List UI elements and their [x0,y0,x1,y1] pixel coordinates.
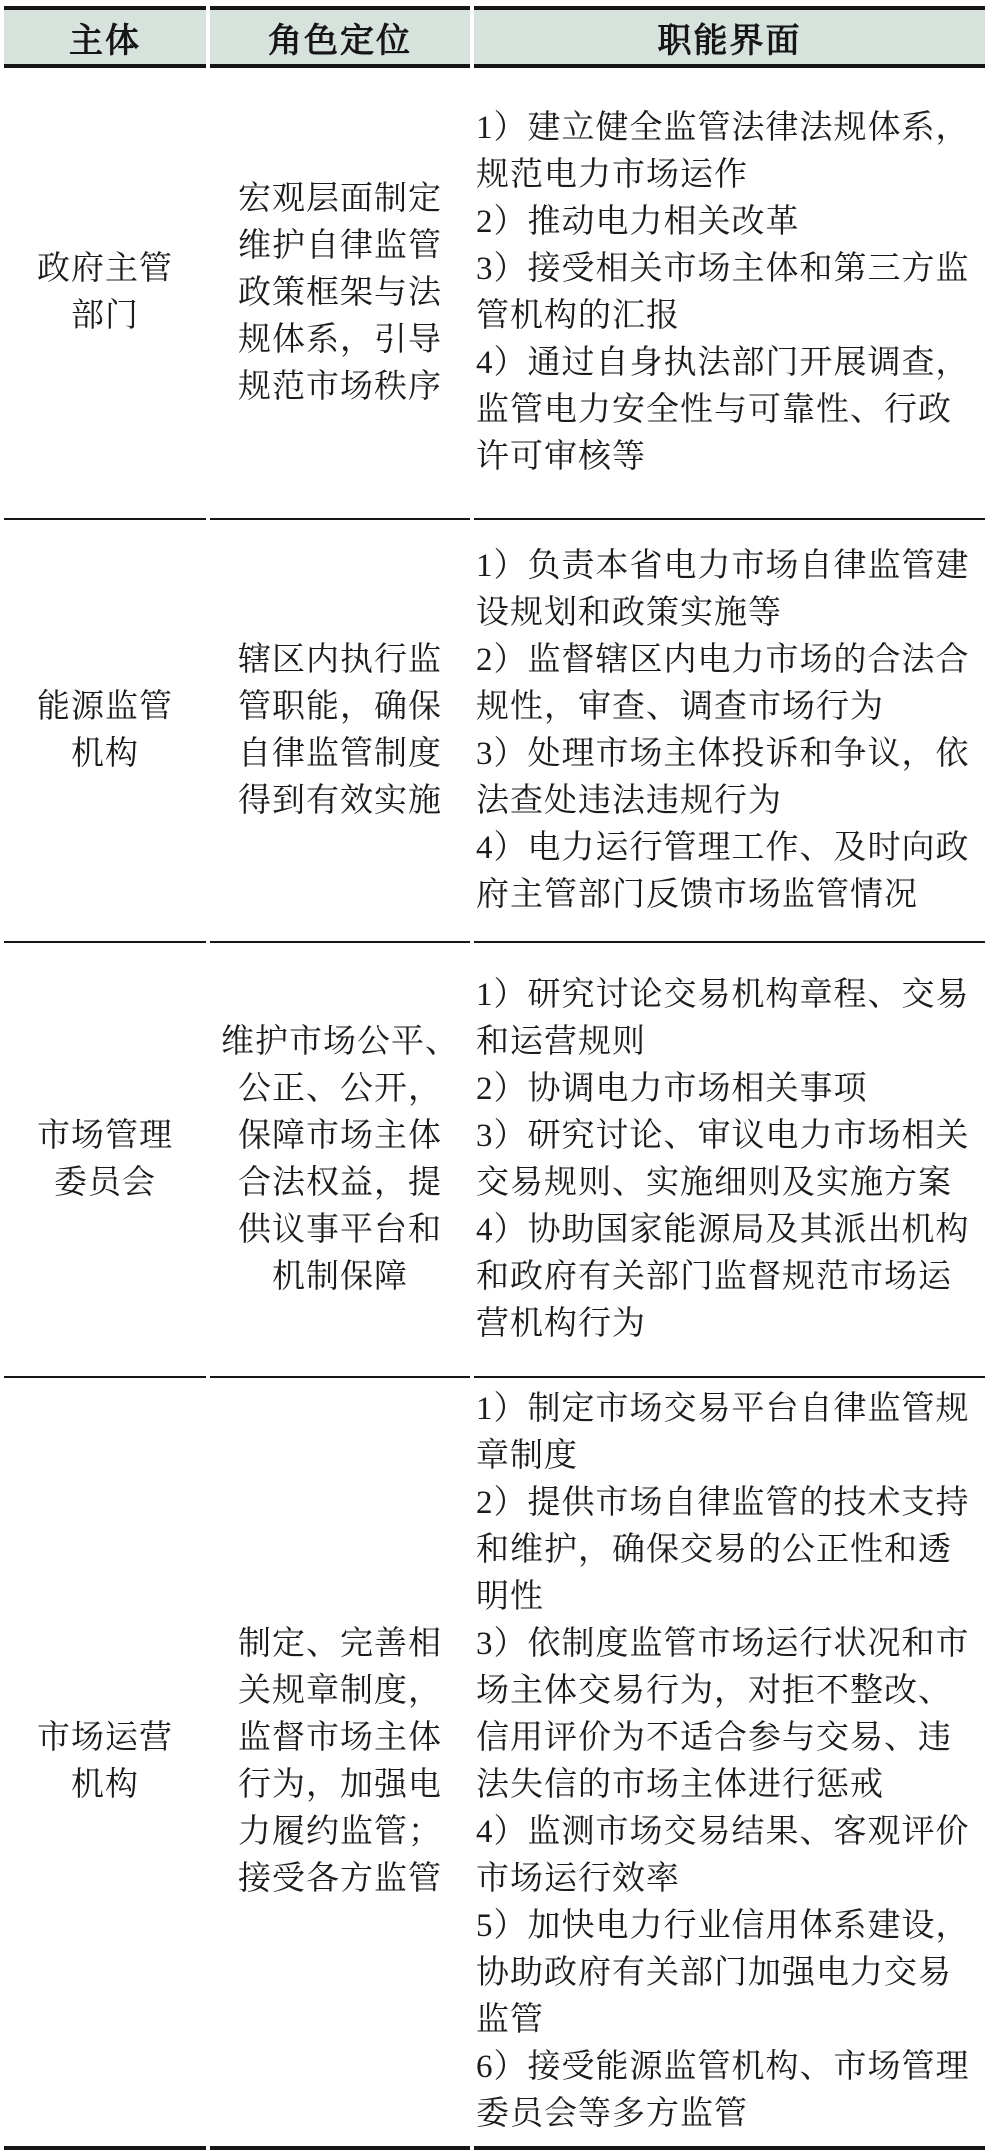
regulation-roles-table: 主体 角色定位 职能界面 政府主管 部门 宏观层面制定 维护自律监管 政策框架与… [0,6,989,2150]
subject-cell: 市场管理 委员会 [4,943,206,1378]
table-header-row: 主体 角色定位 职能界面 [4,6,985,68]
subject-cell: 能源监管 机构 [4,520,206,943]
duties-cell: 1）研究讨论交易机构章程、交易 和运营规则 2）协调电力市场相关事项 3）研究讨… [474,943,985,1378]
role-cell: 维护市场公平、 公正、公开， 保障市场主体 合法权益，提 供议事平台和 机制保障 [210,943,470,1378]
table-row: 市场管理 委员会 维护市场公平、 公正、公开， 保障市场主体 合法权益，提 供议… [4,943,985,1378]
header-duties: 职能界面 [474,6,985,68]
subject-cell: 市场运营 机构 [4,1378,206,2150]
duties-cell: 1）制定市场交易平台自律监管规 章制度 2）提供市场自律监管的技术支持 和维护，… [474,1378,985,2150]
document-page: 主体 角色定位 职能界面 政府主管 部门 宏观层面制定 维护自律监管 政策框架与… [0,0,989,2150]
header-role: 角色定位 [210,6,470,68]
subject-cell: 政府主管 部门 [4,68,206,520]
role-cell: 制定、完善相 关规章制度， 监督市场主体 行为，加强电 力履约监管； 接受各方监… [210,1378,470,2150]
role-cell: 宏观层面制定 维护自律监管 政策框架与法 规体系，引导 规范市场秩序 [210,68,470,520]
header-subject: 主体 [4,6,206,68]
role-cell: 辖区内执行监 管职能，确保 自律监管制度 得到有效实施 [210,520,470,943]
table-row: 能源监管 机构 辖区内执行监 管职能，确保 自律监管制度 得到有效实施 1）负责… [4,520,985,943]
table-row: 市场运营 机构 制定、完善相 关规章制度， 监督市场主体 行为，加强电 力履约监… [4,1378,985,2150]
duties-cell: 1）建立健全监管法律法规体系， 规范电力市场运作 2）推动电力相关改革 3）接受… [474,68,985,520]
table-row: 政府主管 部门 宏观层面制定 维护自律监管 政策框架与法 规体系，引导 规范市场… [4,68,985,520]
duties-cell: 1）负责本省电力市场自律监管建 设规划和政策实施等 2）监督辖区内电力市场的合法… [474,520,985,943]
